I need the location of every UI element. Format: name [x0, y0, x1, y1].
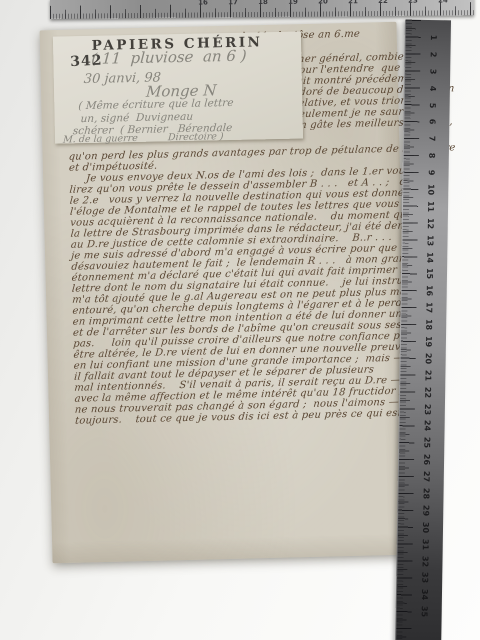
side-ruler-number: 18	[401, 316, 446, 334]
side-ruler-number-label: 13	[425, 235, 434, 246]
side-ruler-number-label: 26	[422, 454, 431, 465]
side-ruler-number-label: 9	[427, 170, 436, 176]
side-ruler-number-label: 34	[420, 589, 429, 600]
side-ruler-number: 29	[398, 502, 443, 520]
side-ruler-number: 13	[402, 231, 447, 249]
side-ruler-number: 25	[399, 434, 444, 452]
side-ruler-number-label: 6	[427, 119, 436, 125]
side-ruler-number-label: 5	[428, 102, 437, 108]
side-ruler-number: 33	[397, 569, 442, 587]
side-ruler-number-label: 16	[425, 285, 434, 296]
side-ruler-number: 7	[404, 130, 449, 148]
side-ruler-number: 4	[405, 79, 450, 97]
side-ruler-number: 30	[398, 518, 443, 536]
side-ruler-number-label: 17	[424, 302, 433, 313]
side-ruler-number-label: 23	[423, 403, 432, 414]
side-ruler-number-label: 12	[426, 218, 435, 229]
side-ruler-number-label: 1	[429, 35, 438, 41]
side-ruler-number-label: 32	[420, 555, 429, 566]
side-ruler-number: 6	[404, 113, 449, 131]
side-ruler-number-label: 11	[426, 201, 435, 212]
side-ruler-number-label: 25	[422, 437, 431, 448]
side-ruler: 1 2 3 4 5 6 7 8 9 10 11 12	[395, 20, 451, 640]
manuscript-paper: le 11 pluviôse an 6.me cher général, com…	[40, 22, 410, 564]
side-ruler-number: 5	[405, 96, 450, 114]
side-ruler-number: 12	[403, 214, 448, 232]
side-ruler-number-label: 28	[421, 488, 430, 499]
top-ruler-number: 24	[428, 0, 458, 5]
pencil-note-1: ( Même écriture que la lettre	[78, 97, 234, 112]
side-ruler-number: 10	[403, 181, 448, 199]
side-ruler-number-label: 20	[424, 353, 433, 364]
side-ruler-number-label: 18	[424, 319, 433, 330]
side-ruler-number-label: 30	[421, 522, 430, 533]
top-ruler-number: 23	[398, 0, 428, 5]
side-ruler-number-label: 29	[421, 505, 430, 516]
side-ruler-number: 24	[399, 417, 444, 435]
side-ruler-number-label: 2	[428, 52, 437, 58]
side-ruler-number-label: 3	[428, 68, 437, 74]
side-ruler-number: 27	[399, 468, 444, 486]
pencil-note-republican-date: ( 11 pluviose an 6 )	[91, 47, 247, 68]
side-ruler-number: 1	[406, 29, 451, 47]
top-ruler-number: 16	[188, 0, 218, 7]
side-ruler-number-label: 21	[423, 370, 432, 381]
top-ruler-number: 20	[308, 0, 338, 6]
archivist-slip: PAPIERS CHÉRIN ( 11 pluviose an 6 ) 30 j…	[53, 31, 303, 143]
lot-number-stamp: 342	[70, 52, 103, 70]
top-ruler: 161718192021222324	[50, 0, 474, 19]
side-ruler-number: 23	[400, 400, 445, 418]
side-ruler-number: 28	[398, 485, 443, 503]
side-ruler-number: 14	[402, 248, 447, 266]
side-ruler-number-label: 10	[426, 184, 435, 195]
side-ruler-number: 32	[397, 552, 442, 570]
side-ruler-number-label: 31	[421, 539, 430, 550]
side-ruler-number: 22	[400, 383, 445, 401]
side-ruler-number: 31	[398, 535, 443, 553]
side-ruler-number-label: 4	[428, 85, 437, 91]
side-ruler-number: 8	[404, 147, 449, 165]
side-ruler-number: 16	[402, 282, 447, 300]
side-ruler-number: 2	[405, 46, 450, 64]
top-ruler-number: 22	[368, 0, 398, 5]
side-ruler-number: 20	[401, 350, 446, 368]
side-ruler-number: 17	[401, 299, 446, 317]
top-ruler-number: 19	[278, 0, 308, 6]
side-ruler-number: 26	[399, 451, 444, 469]
side-ruler-number-label: 7	[427, 136, 436, 142]
top-ruler-number: 17	[218, 0, 248, 6]
side-ruler-number-label: 19	[424, 336, 433, 347]
side-ruler-numbers: 1 2 3 4 5 6 7 8 9 10 11 12	[397, 29, 451, 621]
pencil-note-4: M. de la guerre Directoire )	[63, 131, 224, 145]
top-ruler-number: 21	[338, 0, 368, 5]
side-ruler-number-label: 8	[427, 153, 436, 159]
side-ruler-number: 21	[400, 366, 445, 384]
side-ruler-number-label: 35	[420, 606, 429, 617]
side-ruler-number-label: 22	[423, 387, 432, 398]
side-ruler-number-label: 24	[423, 420, 432, 431]
side-ruler-number: 9	[403, 164, 448, 182]
side-ruler-number-label: 27	[422, 471, 431, 482]
side-ruler-number: 11	[403, 198, 448, 216]
top-ruler-number: 18	[248, 0, 278, 6]
photo-of-manuscript: 161718192021222324 1 2 3 4 5 6 7 8 9	[0, 0, 480, 640]
side-ruler-number: 19	[401, 333, 446, 351]
side-ruler-number: 34	[397, 586, 442, 604]
side-ruler-number-label: 15	[425, 268, 434, 279]
side-ruler-number: 3	[405, 62, 450, 80]
side-ruler-number: 35	[397, 603, 442, 621]
side-ruler-number-label: 33	[420, 572, 429, 583]
side-ruler-number-label: 14	[425, 251, 434, 262]
side-ruler-number: 15	[402, 265, 447, 283]
